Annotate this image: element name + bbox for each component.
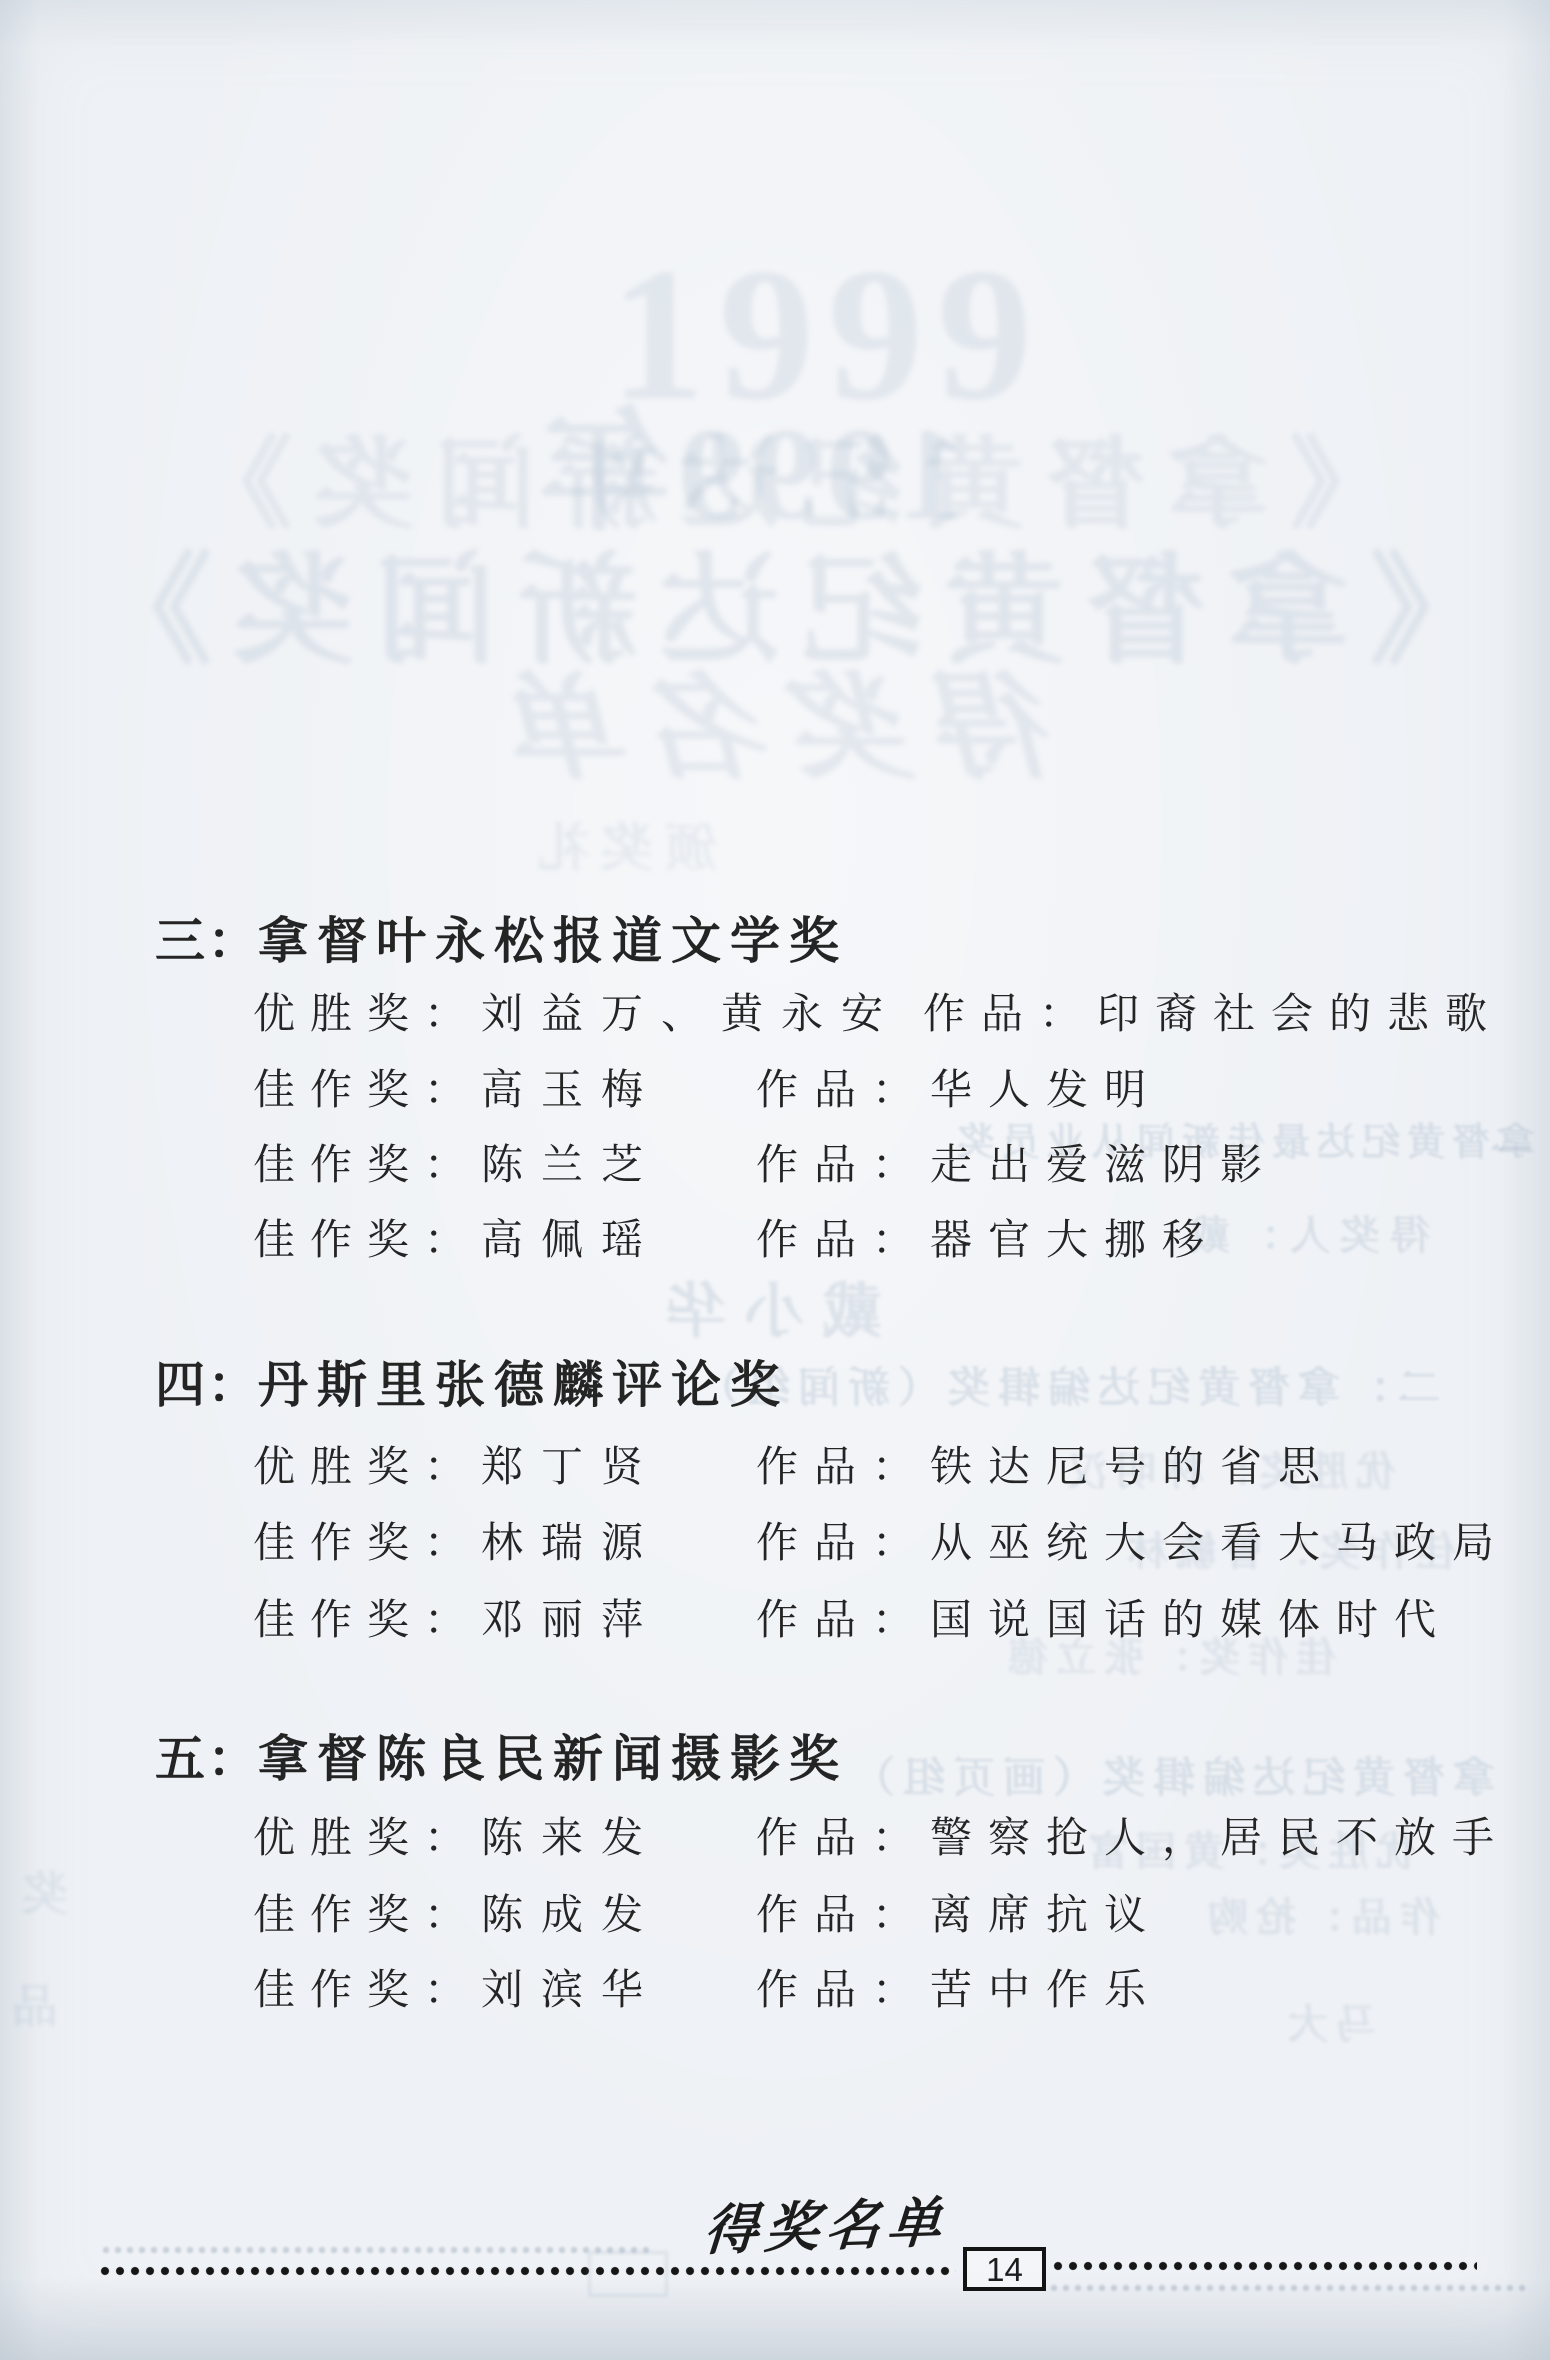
winner-name: 林瑞源 [481,1519,756,1569]
award-row: 优胜奖：陈来发作品：警察抢人，居民不放手 [253,1814,1510,1864]
section-colon: ： [207,1358,258,1413]
work-label: 作品： [923,992,1097,1038]
work-label: 作品： [756,1521,930,1567]
ghost-script-title: 得奖名单 [490,672,1058,788]
ghost-line: 拿督黄纪达编辑奖（画页组） [845,1758,1495,1800]
work-title: 苦中作乐 [930,1968,1162,2014]
section-heading: 三：拿督叶永松报道文学奖 [155,914,848,969]
ghost-line: 二：拿督黄纪达编辑奖（新闻组） [690,1368,1440,1410]
winner-name: 高佩瑶 [481,1216,756,1266]
work-label: 作品： [756,1445,930,1491]
winner-name: 邓丽萍 [481,1596,756,1646]
award-type-label: 佳作奖： [253,1966,481,2016]
ghost-line: 马大 [1280,2005,1376,2045]
work-label: 作品： [756,1218,930,1264]
work-entry: 作品：华人发明 [756,1066,1162,1116]
work-title: 国说国话的媒体时代 [930,1598,1452,1644]
work-title: 走出爱滋阴影 [930,1143,1278,1189]
page-number: 14 [986,2253,1023,2286]
footer-script-title: 得奖名单 [702,2196,950,2259]
award-row: 优胜奖：刘益万、黄永安作品：印裔社会的悲歌 [253,990,1503,1040]
award-row: 佳作奖：刘滨华作品：苦中作乐 [253,1966,1162,2016]
ghost-line: 作品：抢购 [1200,1898,1440,1938]
award-type-label: 佳作奖： [253,1216,481,1266]
ghost-ceremony: 颁奖礼 [525,824,717,876]
award-type-label: 佳作奖： [253,1519,481,1569]
section-heading: 五：拿督陈良民新闻摄影奖 [155,1732,848,1787]
award-row: 优胜奖：郑丁贤作品：铁达尼号的省思 [253,1443,1336,1493]
award-type-label: 佳作奖： [253,1596,481,1646]
work-title: 铁达尼号的省思 [930,1445,1336,1491]
award-row: 佳作奖：邓丽萍作品：国说国话的媒体时代 [253,1596,1452,1646]
work-entry: 作品：走出爱滋阴影 [756,1141,1278,1191]
section-colon: ： [207,1732,258,1787]
work-entry: 作品：器官大挪移 [756,1216,1220,1266]
work-entry: 作品：从巫统大会看大马政局 [756,1519,1510,1569]
ghost-page-number-box [588,2251,668,2297]
award-type-label: 优胜奖： [253,990,481,1040]
winner-name: 陈成发 [481,1891,756,1941]
ghost-line: 戴小华 [648,1282,882,1342]
work-entry: 作品：印裔社会的悲歌 [923,990,1503,1040]
work-label: 作品： [756,1598,930,1644]
award-row: 佳作奖：陈成发作品：离席抗议 [253,1891,1162,1941]
section-number: 五 [155,1732,207,1787]
work-title: 华人发明 [930,1068,1162,1114]
work-title: 离席抗议 [930,1893,1162,1939]
work-label: 作品： [756,1143,930,1189]
section-title: 拿督叶永松报道文学奖 [258,914,848,969]
section-number: 三 [155,914,207,969]
work-entry: 作品：国说国话的媒体时代 [756,1596,1452,1646]
winner-name: 陈兰芝 [481,1141,756,1191]
award-type-label: 佳作奖： [253,1141,481,1191]
ghost-title-row-1: 《拿督黄纪达新闻奖》 [170,436,1390,536]
award-type-label: 佳作奖： [253,1891,481,1941]
section-colon: ： [207,914,258,969]
section-heading: 四：丹斯里张德麟评论奖 [155,1358,789,1413]
ghost-line: 一 [1490,1132,1532,1174]
award-type-label: 优胜奖： [253,1443,481,1493]
work-entry: 作品：警察抢人，居民不放手 [756,1814,1510,1864]
work-label: 作品： [756,1816,930,1862]
award-row: 佳作奖：高玉梅作品：华人发明 [253,1066,1162,1116]
ghost-title-row-2: 《拿督黄纪达新闻奖》 [70,552,1490,672]
winner-name: 刘滨华 [481,1966,756,2016]
work-title: 器官大挪移 [930,1218,1220,1264]
work-title: 印裔社会的悲歌 [1097,992,1503,1038]
section-title: 丹斯里张德麟评论奖 [258,1358,789,1413]
work-title: 从巫统大会看大马政局 [930,1521,1510,1567]
ghost-line: 奖 [22,1872,68,1918]
section-title: 拿督陈良民新闻摄影奖 [258,1732,848,1787]
award-row: 佳作奖：高佩瑶作品：器官大挪移 [253,1216,1220,1266]
work-label: 作品： [756,1893,930,1939]
work-entry: 作品：离席抗议 [756,1891,1162,1941]
award-type-label: 优胜奖： [253,1814,481,1864]
ghost-dotted-rule-right [1050,2284,1528,2292]
ghost-line: 品 [12,1984,58,2030]
award-type-label: 佳作奖： [253,1066,481,1116]
page-number-box: 14 [963,2247,1046,2291]
ghost-dotted-rule-left [102,2246,650,2254]
work-label: 作品： [756,1068,930,1114]
section-number: 四 [155,1358,207,1413]
award-row: 佳作奖：林瑞源作品：从巫统大会看大马政局 [253,1519,1510,1569]
winner-name: 陈来发 [481,1814,756,1864]
work-entry: 作品：苦中作乐 [756,1966,1162,2016]
work-title: 警察抢人，居民不放手 [930,1816,1510,1862]
work-entry: 作品：铁达尼号的省思 [756,1443,1336,1493]
winner-name: 刘益万、黄永安 [481,990,901,1040]
winner-name: 高玉梅 [481,1066,756,1116]
award-row: 佳作奖：陈兰芝作品：走出爱滋阴影 [253,1141,1278,1191]
winner-name: 郑丁贤 [481,1443,756,1493]
dotted-rule-left [100,2266,956,2276]
scanned-page: 1999 1999年 《拿督黄纪达新闻奖》 《拿督黄纪达新闻奖》 得奖名单 颁奖… [0,0,1550,2360]
dotted-rule-right [1053,2261,1477,2271]
work-label: 作品： [756,1968,930,2014]
